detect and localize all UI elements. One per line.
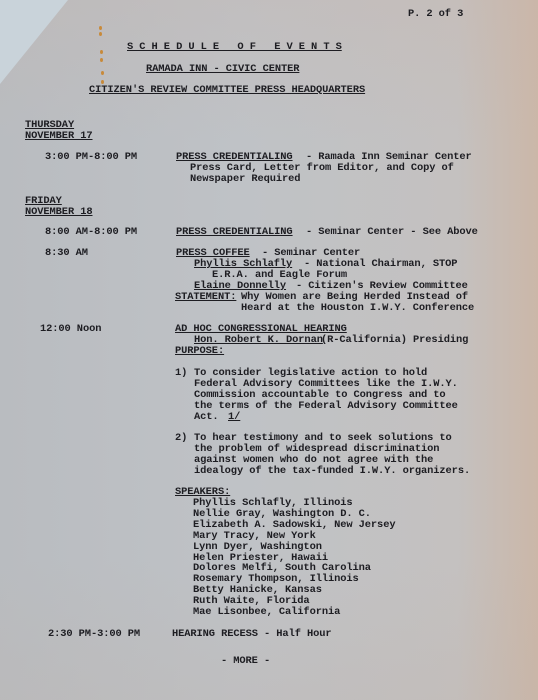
footnote-marker: 1/: [228, 412, 240, 423]
event-title: HEARING RECESS - Half Hour: [172, 629, 332, 640]
document-title: S C H E D U L E O F E V E N T S: [127, 42, 342, 53]
purpose-text: Act.: [194, 412, 219, 423]
purpose-label: PURPOSE:: [175, 346, 224, 357]
speaker-item: Lynn Dyer, Washington: [193, 542, 322, 553]
event-time: 8:00 AM-8:00 PM: [45, 227, 137, 238]
rust-stain: [100, 50, 103, 54]
event-detail: Heard at the Houston I.W.Y. Conference: [241, 303, 474, 314]
location-heading: RAMADA INN - CIVIC CENTER: [146, 64, 299, 75]
event-time: 8:30 AM: [45, 248, 88, 259]
subtitle-heading: CITIZEN'S REVIEW COMMITTEE PRESS HEADQUA…: [89, 85, 365, 96]
event-time: 2:30 PM-3:00 PM: [48, 629, 140, 640]
event-detail: (R-California) Presiding: [321, 335, 468, 346]
date-label: NOVEMBER 18: [25, 207, 93, 218]
rust-stain: [100, 58, 103, 62]
event-detail: - Seminar Center - See Above: [306, 227, 478, 238]
event-time: 3:00 PM-8:00 PM: [45, 152, 137, 163]
page-number: P. 2 of 3: [408, 9, 463, 20]
event-title: PRESS CREDENTIALING: [176, 227, 293, 238]
rust-stain: [99, 32, 102, 36]
list-number: 1): [175, 368, 187, 379]
speaker-item: Mae Lisonbee, California: [193, 607, 340, 618]
date-label: NOVEMBER 17: [25, 131, 93, 142]
list-number: 2): [175, 433, 187, 444]
event-detail: Newspaper Required: [190, 174, 300, 185]
rust-stain: [101, 71, 104, 75]
rust-stain: [99, 26, 102, 30]
event-time: 12:00 Noon: [40, 324, 101, 335]
statement-label: STATEMENT:: [175, 292, 236, 303]
footer-more: - MORE -: [221, 656, 270, 667]
purpose-text: idealogy of the tax-funded I.W.Y. organi…: [194, 466, 470, 477]
